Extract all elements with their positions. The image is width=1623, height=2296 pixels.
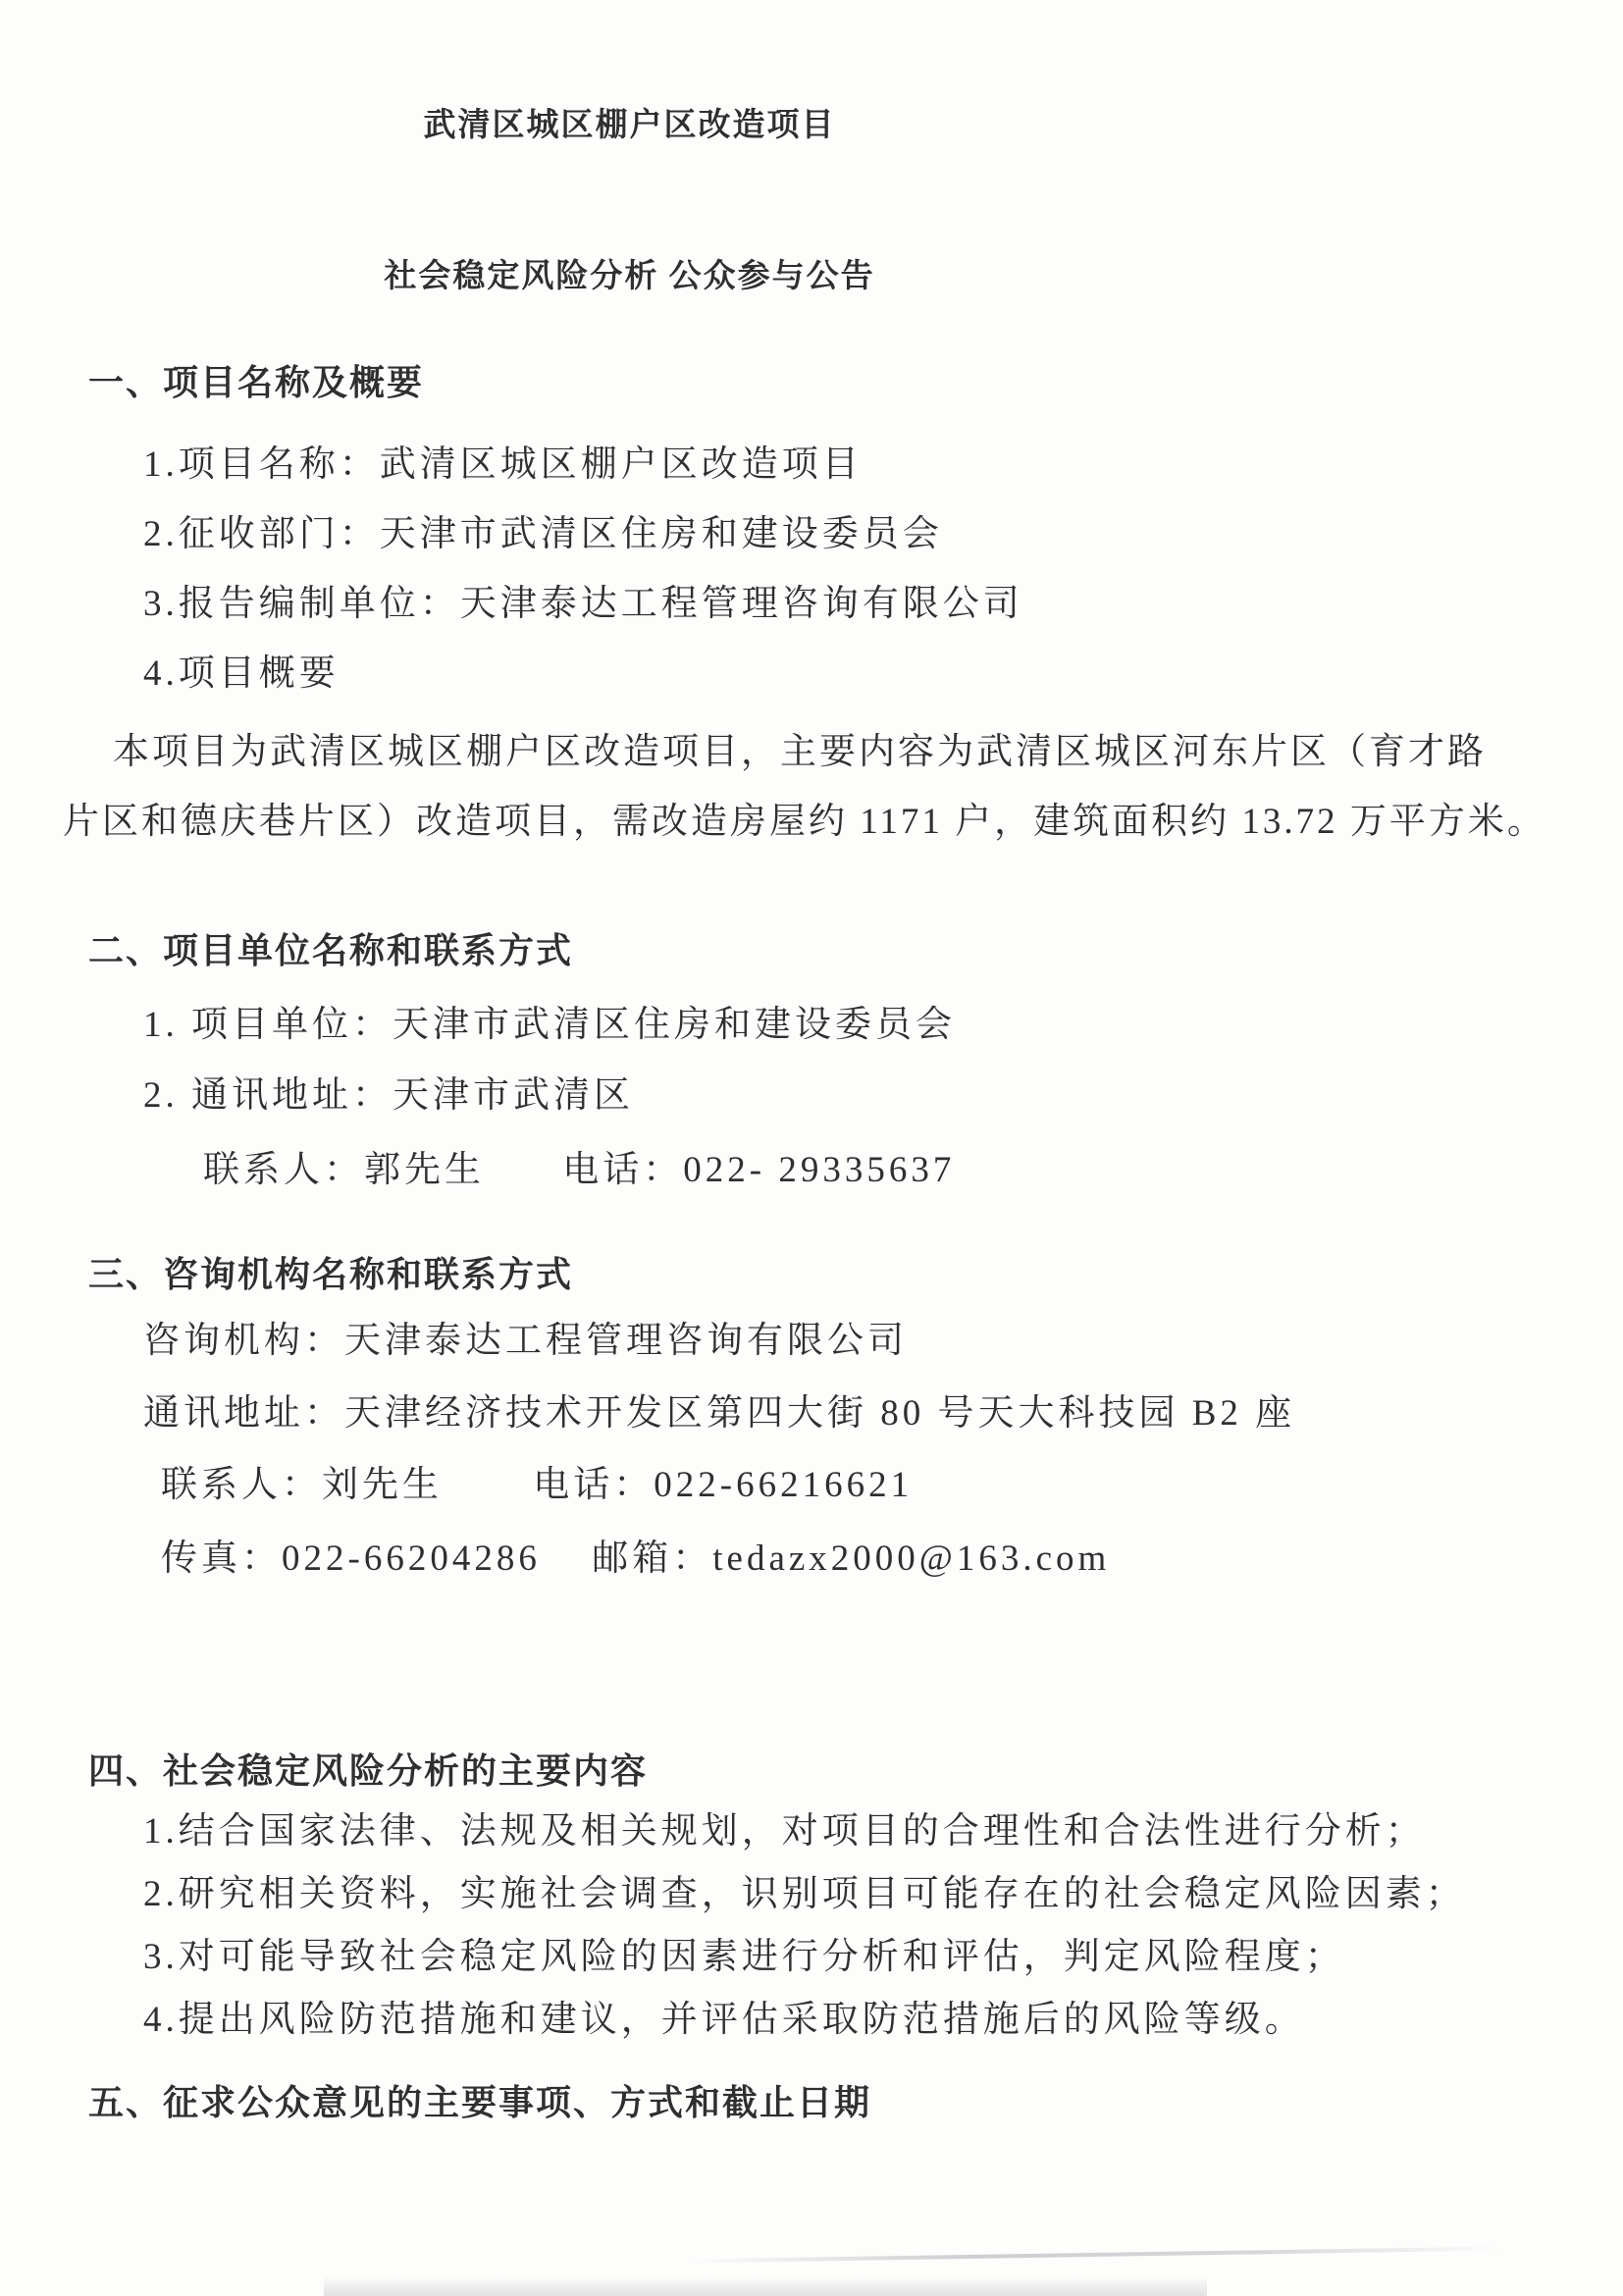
list-item: 4.提出风险防范措施和建议，并评估采取防范措施后的风险等级。 <box>143 1997 1590 2044</box>
document-page: 武清区城区棚户区改造项目 社会稳定风险分析 公众参与公告 一、项目名称及概要 1… <box>0 0 1623 2296</box>
contact-person: 联系人：刘先生 <box>161 1462 520 1509</box>
contact-phone: 电话：022- 29335637 <box>562 1150 955 1190</box>
contact-person: 联系人：郭先生 <box>203 1147 550 1194</box>
address-line: 通讯地址：天津经济技术开发区第四大街 80 号天大科技园 B2 座 <box>143 1390 1590 1437</box>
section-heading-1: 一、项目名称及概要 <box>88 359 1590 406</box>
list-item: 1.项目名称：武清区城区棚户区改造项目 <box>143 442 1590 489</box>
list-item: 3.对可能导致社会稳定风险的因素进行分析和评估，判定风险程度； <box>143 1934 1590 1981</box>
list-item: 2.征收部门：天津市武清区住房和建设委员会 <box>143 511 1590 558</box>
section-heading-2: 二、项目单位名称和联系方式 <box>88 927 1590 974</box>
list-item: 4.项目概要 <box>143 651 1590 698</box>
list-item: 1.结合国家法律、法规及相关规划，对项目的合理性和合法性进行分析； <box>143 1808 1590 1855</box>
email-address: 邮箱：tedazx2000@163.com <box>592 1539 1110 1579</box>
section-heading-5: 五、征求公众意见的主要事项、方式和截止日期 <box>88 2079 1590 2126</box>
agency-line: 咨询机构：天津泰达工程管理咨询有限公司 <box>143 1318 1590 1365</box>
section-heading-3: 三、咨询机构名称和联系方式 <box>88 1251 1590 1298</box>
fax-number: 传真：022-66204286 <box>161 1536 579 1583</box>
project-summary-paragraph: 本项目为武清区城区棚户区改造项目，主要内容为武清区城区河东片区（育才路 片区和德… <box>63 717 1590 857</box>
contact-row: 联系人：刘先生 电话：022-66216621 <box>161 1462 1590 1509</box>
contact-row: 联系人：郭先生 电话：022- 29335637 <box>203 1147 1590 1194</box>
contact-phone: 电话：022-66216621 <box>533 1465 913 1505</box>
list-item: 1. 项目单位：天津市武清区住房和建设委员会 <box>143 1002 1590 1049</box>
document-title: 武清区城区棚户区改造项目 <box>63 102 1196 149</box>
list-item: 2. 通讯地址：天津市武清区 <box>143 1072 1590 1120</box>
list-item: 2.研究相关资料，实施社会调查，识别项目可能存在的社会稳定风险因素； <box>143 1871 1590 1918</box>
section-heading-4: 四、社会稳定风险分析的主要内容 <box>88 1748 1590 1795</box>
document-subtitle: 社会稳定风险分析 公众参与公告 <box>63 253 1196 300</box>
scan-artifact <box>687 2246 1501 2263</box>
summary-line: 片区和德庆巷片区）改造项目，需改造房屋约 1171 户，建筑面积约 13.72 … <box>63 787 1590 857</box>
document-content: 武清区城区棚户区改造项目 社会稳定风险分析 公众参与公告 一、项目名称及概要 1… <box>63 0 1590 2126</box>
fax-email-row: 传真：022-66204286 邮箱：tedazx2000@163.com <box>161 1536 1590 1583</box>
scan-artifact <box>324 2276 1207 2296</box>
list-item: 3.报告编制单位：天津泰达工程管理咨询有限公司 <box>143 581 1590 628</box>
summary-line: 本项目为武清区城区棚户区改造项目，主要内容为武清区城区河东片区（育才路 <box>63 717 1590 787</box>
